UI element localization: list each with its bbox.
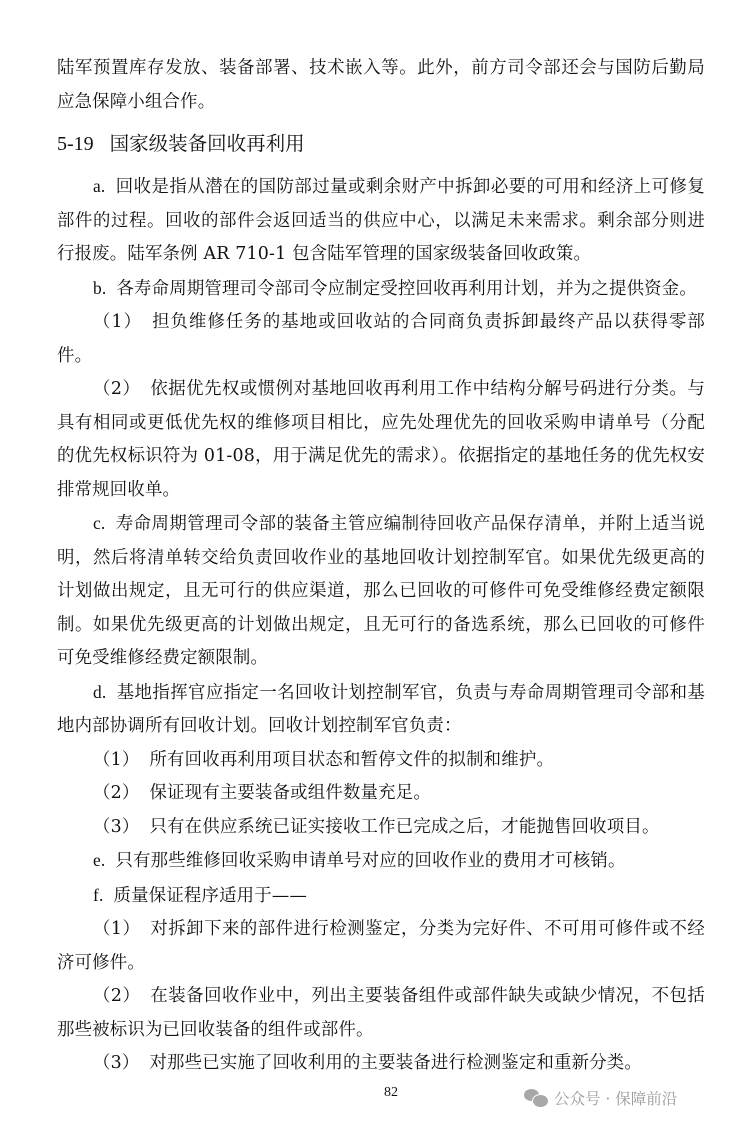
paragraph-marker: d. [93, 682, 106, 702]
paragraph-d-3: （3）只有在供应系统已证实接收工作已完成之后，才能抛售回收项目。 [57, 811, 705, 845]
paragraph-d-1: （1）所有回收再利用项目状态和暂停文件的拟制和维护。 [57, 744, 705, 778]
section-number: 5-19 [57, 133, 94, 155]
paragraph-text: 依据优先权或惯例对基地回收再利用工作中结构分解号码进行分类。与具有相同或更低优先… [57, 379, 705, 500]
paragraph-text: 只有那些维修回收采购申请单号对应的回收作业的费用才可核销。 [115, 851, 625, 871]
paragraph-marker: （2） [93, 379, 140, 399]
paragraph-text: 基地指挥官应指定一名回收计划控制军官，负责与寿命周期管理司令部和基地内部协调所有… [57, 683, 705, 737]
watermark: 公众号 · 保障前沿 [524, 1087, 677, 1109]
paragraph-marker: （1） [93, 919, 140, 939]
paragraph-text: 担负维修任务的基地或回收站的合同商负责拆卸最终产品以获得零部件。 [57, 312, 705, 366]
section-title: 国家级装备回收再利用 [110, 132, 305, 155]
intro-paragraph: 陆军预置库存发放、装备部署、技术嵌入等。此外，前方司令部还会与国防后勤局应急保障… [57, 52, 705, 119]
paragraph-marker: （3） [93, 1053, 139, 1073]
paragraph-marker: b. [93, 278, 106, 298]
document-page: 陆军预置库存发放、装备部署、技术嵌入等。此外，前方司令部还会与国防后勤局应急保障… [57, 52, 705, 1081]
paragraph-a: a.回收是指从潜在的国防部过量或剩余财产中拆卸必要的可用和经济上可修复部件的过程… [57, 170, 705, 272]
paragraph-text: 寿命周期管理司令部的装备主管应编制待回收产品保存清单，并附上适当说明，然后将清单… [57, 514, 705, 668]
paragraph-text: 对那些已实施了回收利用的主要装备进行检测鉴定和重新分类。 [149, 1053, 642, 1073]
paragraph-text: 各寿命周期管理司令部司令应制定受控回收再利用计划，并为之提供资金。 [116, 279, 697, 299]
paragraph-d: d.基地指挥官应指定一名回收计划控制军官，负责与寿命周期管理司令部和基地内部协调… [57, 676, 705, 744]
section-heading: 5-19国家级装备回收再利用 [57, 132, 705, 156]
paragraph-marker: （2） [93, 783, 139, 803]
paragraph-e: e.只有那些维修回收采购申请单号对应的回收作业的费用才可核销。 [57, 844, 705, 879]
paragraph-text: 对拆卸下来的部件进行检测鉴定，分类为完好件、不可用可修件或不经济可修件。 [57, 919, 705, 973]
paragraph-f-3: （3）对那些已实施了回收利用的主要装备进行检测鉴定和重新分类。 [57, 1047, 705, 1081]
paragraph-marker: c. [93, 513, 105, 533]
paragraph-d-2: （2）保证现有主要装备或组件数量充足。 [57, 777, 705, 811]
paragraph-b-2: （2）依据优先权或惯例对基地回收再利用工作中结构分解号码进行分类。与具有相同或更… [57, 373, 705, 507]
paragraph-f-2: （2）在装备回收作业中，列出主要装备组件或部件缺失或缺少情况，不包括那些被标识为… [57, 980, 705, 1047]
paragraph-marker: （1） [93, 312, 142, 332]
paragraph-marker: a. [93, 176, 105, 196]
paragraph-marker: f. [93, 885, 104, 905]
paragraph-text: 回收是指从潜在的国防部过量或剩余财产中拆卸必要的可用和经济上可修复部件的过程。回… [57, 177, 705, 264]
paragraph-text: 在装备回收作业中，列出主要装备组件或部件缺失或缺少情况，不包括那些被标识为已回收… [57, 986, 705, 1040]
paragraph-b-1: （1）担负维修任务的基地或回收站的合同商负责拆卸最终产品以获得零部件。 [57, 306, 705, 373]
paragraph-b: b.各寿命周期管理司令部司令应制定受控回收再利用计划，并为之提供资金。 [57, 272, 705, 307]
paragraph-marker: （2） [93, 986, 140, 1006]
paragraph-text: 质量保证程序适用于—— [114, 886, 308, 906]
wechat-icon [524, 1089, 548, 1107]
paragraph-c: c.寿命周期管理司令部的装备主管应编制待回收产品保存清单，并附上适当说明，然后将… [57, 507, 705, 676]
page-number: 82 [384, 1085, 398, 1101]
paragraph-f-1: （1）对拆卸下来的部件进行检测鉴定，分类为完好件、不可用可修件或不经济可修件。 [57, 913, 705, 980]
paragraph-text: 所有回收再利用项目状态和暂停文件的拟制和维护。 [149, 750, 554, 770]
watermark-text: 公众号 · 保障前沿 [554, 1087, 677, 1109]
paragraph-marker: （3） [93, 817, 139, 837]
paragraph-f: f.质量保证程序适用于—— [57, 879, 705, 914]
paragraph-text: 保证现有主要装备或组件数量充足。 [149, 783, 430, 803]
paragraph-text: 只有在供应系统已证实接收工作已完成之后，才能抛售回收项目。 [149, 817, 659, 837]
paragraph-marker: （1） [93, 750, 139, 770]
paragraph-marker: e. [93, 850, 105, 870]
